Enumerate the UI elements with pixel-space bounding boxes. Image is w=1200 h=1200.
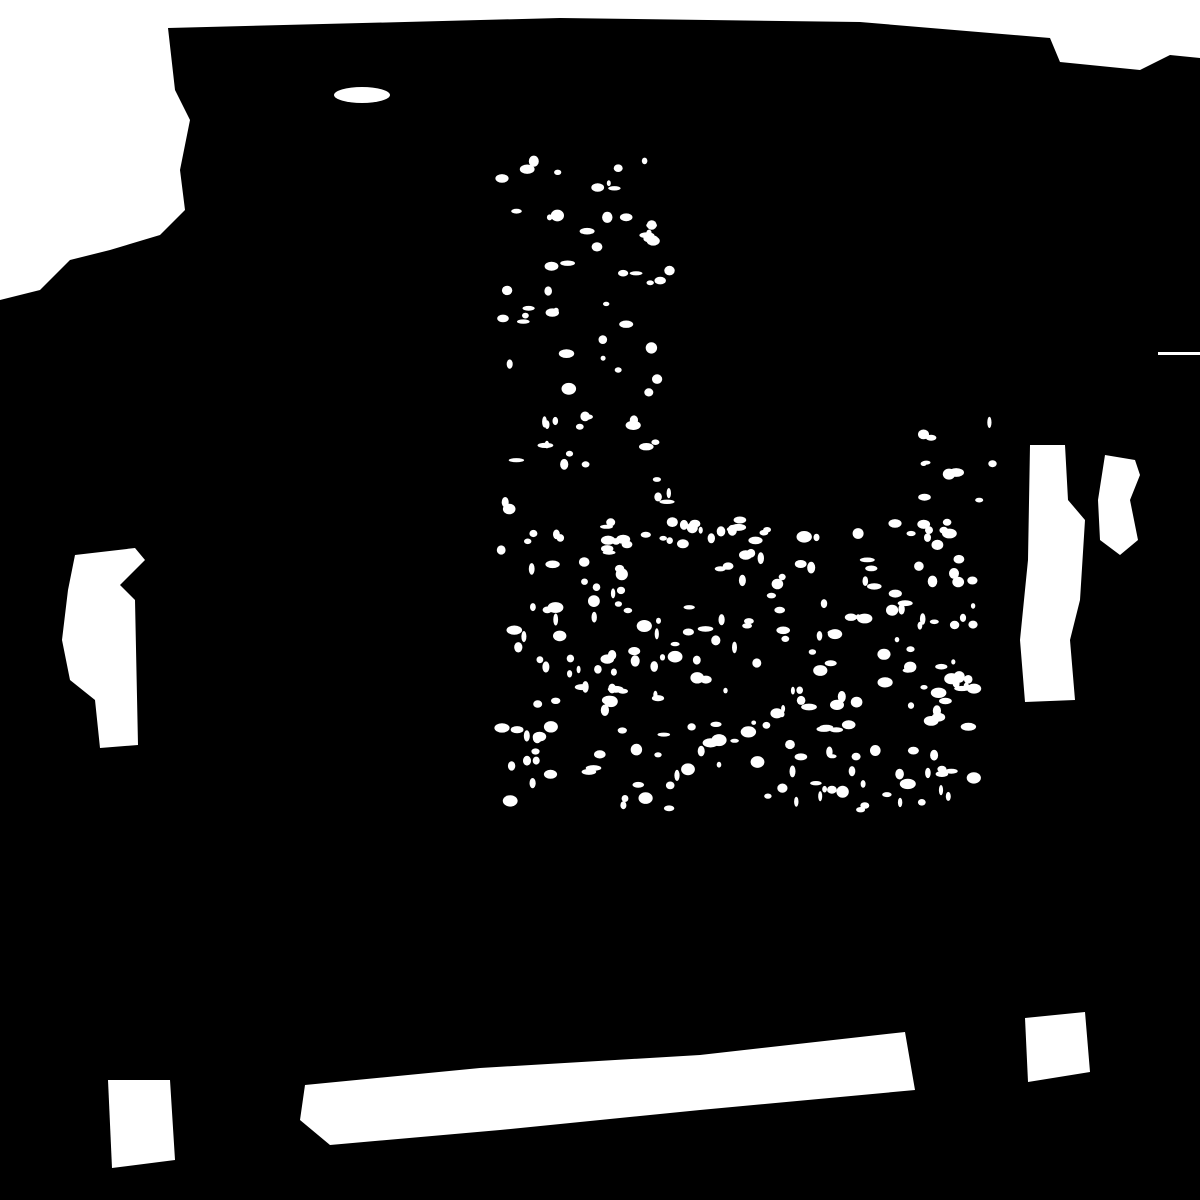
- binarized-photo: [0, 0, 1200, 1200]
- bottom-right-block: [1025, 1012, 1090, 1082]
- highlight-blob: [334, 87, 390, 103]
- edge-line: [1158, 352, 1200, 355]
- photo-shapes: [0, 0, 1200, 1200]
- bottom-left-block: [108, 1080, 175, 1168]
